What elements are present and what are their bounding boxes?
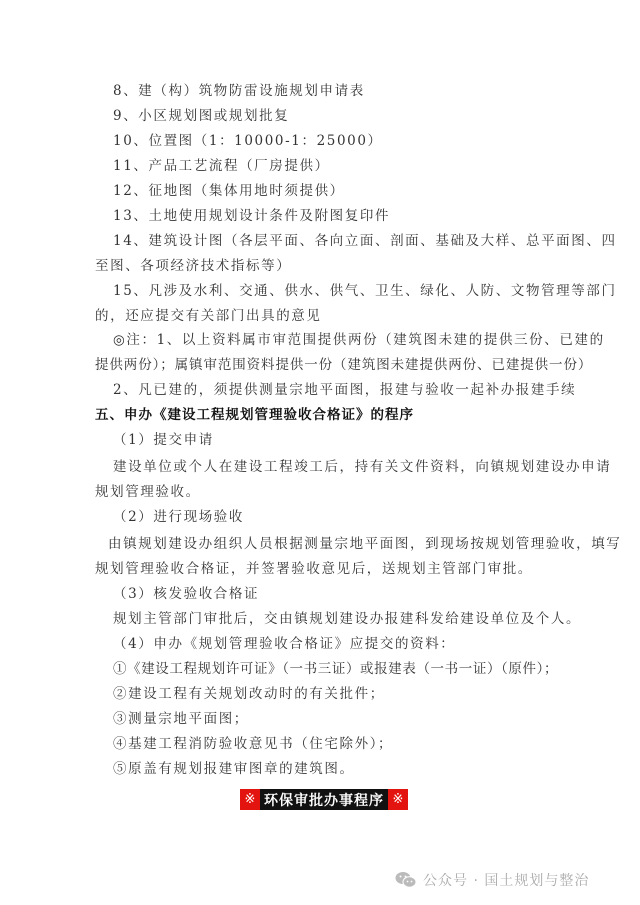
list-item: 11、产品工艺流程（厂房提供）	[113, 157, 330, 175]
step-text-continuation: 规划管理验收合格证，并签署验收意见后，送规划主管部门审批。	[95, 560, 533, 578]
note-2: 2、凡已建的，须提供测量宗地平面图，报建与验收一起补办报建手续	[113, 381, 576, 399]
note-1-continuation: 提供两份）；属镇审范围资料提供一份（建筑图未建提供两份、已建提供一份）	[95, 356, 592, 374]
step-title: （2）进行现场验收	[113, 508, 244, 526]
step-text: 建设单位或个人在建设工程竣工后，持有关文件资料，向镇规划建设办申请	[113, 458, 611, 476]
step-text-continuation: 规划管理验收。	[95, 483, 201, 501]
list-item: 12、征地图（集体用地时须提供）	[113, 182, 345, 200]
material-item: ①《建设工程规划许可证》（一书三证）或报建表（一书一证）（原件）；	[113, 660, 558, 678]
material-item: ②建设工程有关规划改动时的有关批件；	[113, 685, 385, 703]
list-item: 14、建筑设计图（各层平面、各向立面、剖面、基础及大样、总平面图、四	[113, 232, 617, 250]
step-text: 由镇规划建设办组织人员根据测量宗地平面图，到现场按规划管理验收，填写	[108, 535, 621, 553]
material-item: ⑤原盖有规划报建审图章的建筑图。	[113, 760, 355, 778]
reference-mark-icon: ※	[388, 789, 408, 810]
banner-title: 环保审批办事程序	[260, 789, 388, 810]
list-item: 13、土地使用规划设计条件及附图复印件	[113, 207, 390, 225]
material-item: ④基建工程消防验收意见书（住宅除外）；	[113, 735, 393, 753]
list-item: 10、位置图（1：10000-1：25000）	[113, 132, 383, 150]
note-1: ◎注：1、以上资料属市审范围提供两份（建筑图未建的提供三份、已建的	[113, 331, 605, 349]
step-title: （3）核发验收合格证	[113, 585, 259, 603]
list-item: 15、凡涉及水利、交通、供水、供气、卫生、绿化、人防、文物管理等部门	[113, 282, 617, 300]
list-item-continuation: 的，还应提交有关部门出具的意见	[95, 307, 322, 325]
step-text: 规划主管部门审批后，交由镇规划建设办报建科发给建设单位及个人。	[113, 610, 581, 628]
list-item: 8、建（构）筑物防雷设施规划申请表	[113, 82, 365, 100]
section-banner: ※ 环保审批办事程序 ※	[240, 789, 408, 810]
watermark: 公众号 · 国土规划与整治	[395, 870, 589, 890]
list-item-continuation: 至图、各项经济技术指标等）	[95, 257, 291, 275]
watermark-text: 公众号 · 国土规划与整治	[423, 870, 589, 890]
wechat-icon	[395, 871, 417, 889]
section-heading: 五、申办《建设工程规划管理验收合格证》的程序	[95, 406, 414, 424]
list-item: 9、小区规划图或规划批复	[113, 107, 289, 125]
step-title: （1）提交申请	[113, 431, 214, 449]
reference-mark-icon: ※	[240, 789, 260, 810]
material-item: ③测量宗地平面图；	[113, 710, 249, 728]
step-title: （4）申办《规划管理验收合格证》应提交的资料：	[113, 635, 455, 653]
